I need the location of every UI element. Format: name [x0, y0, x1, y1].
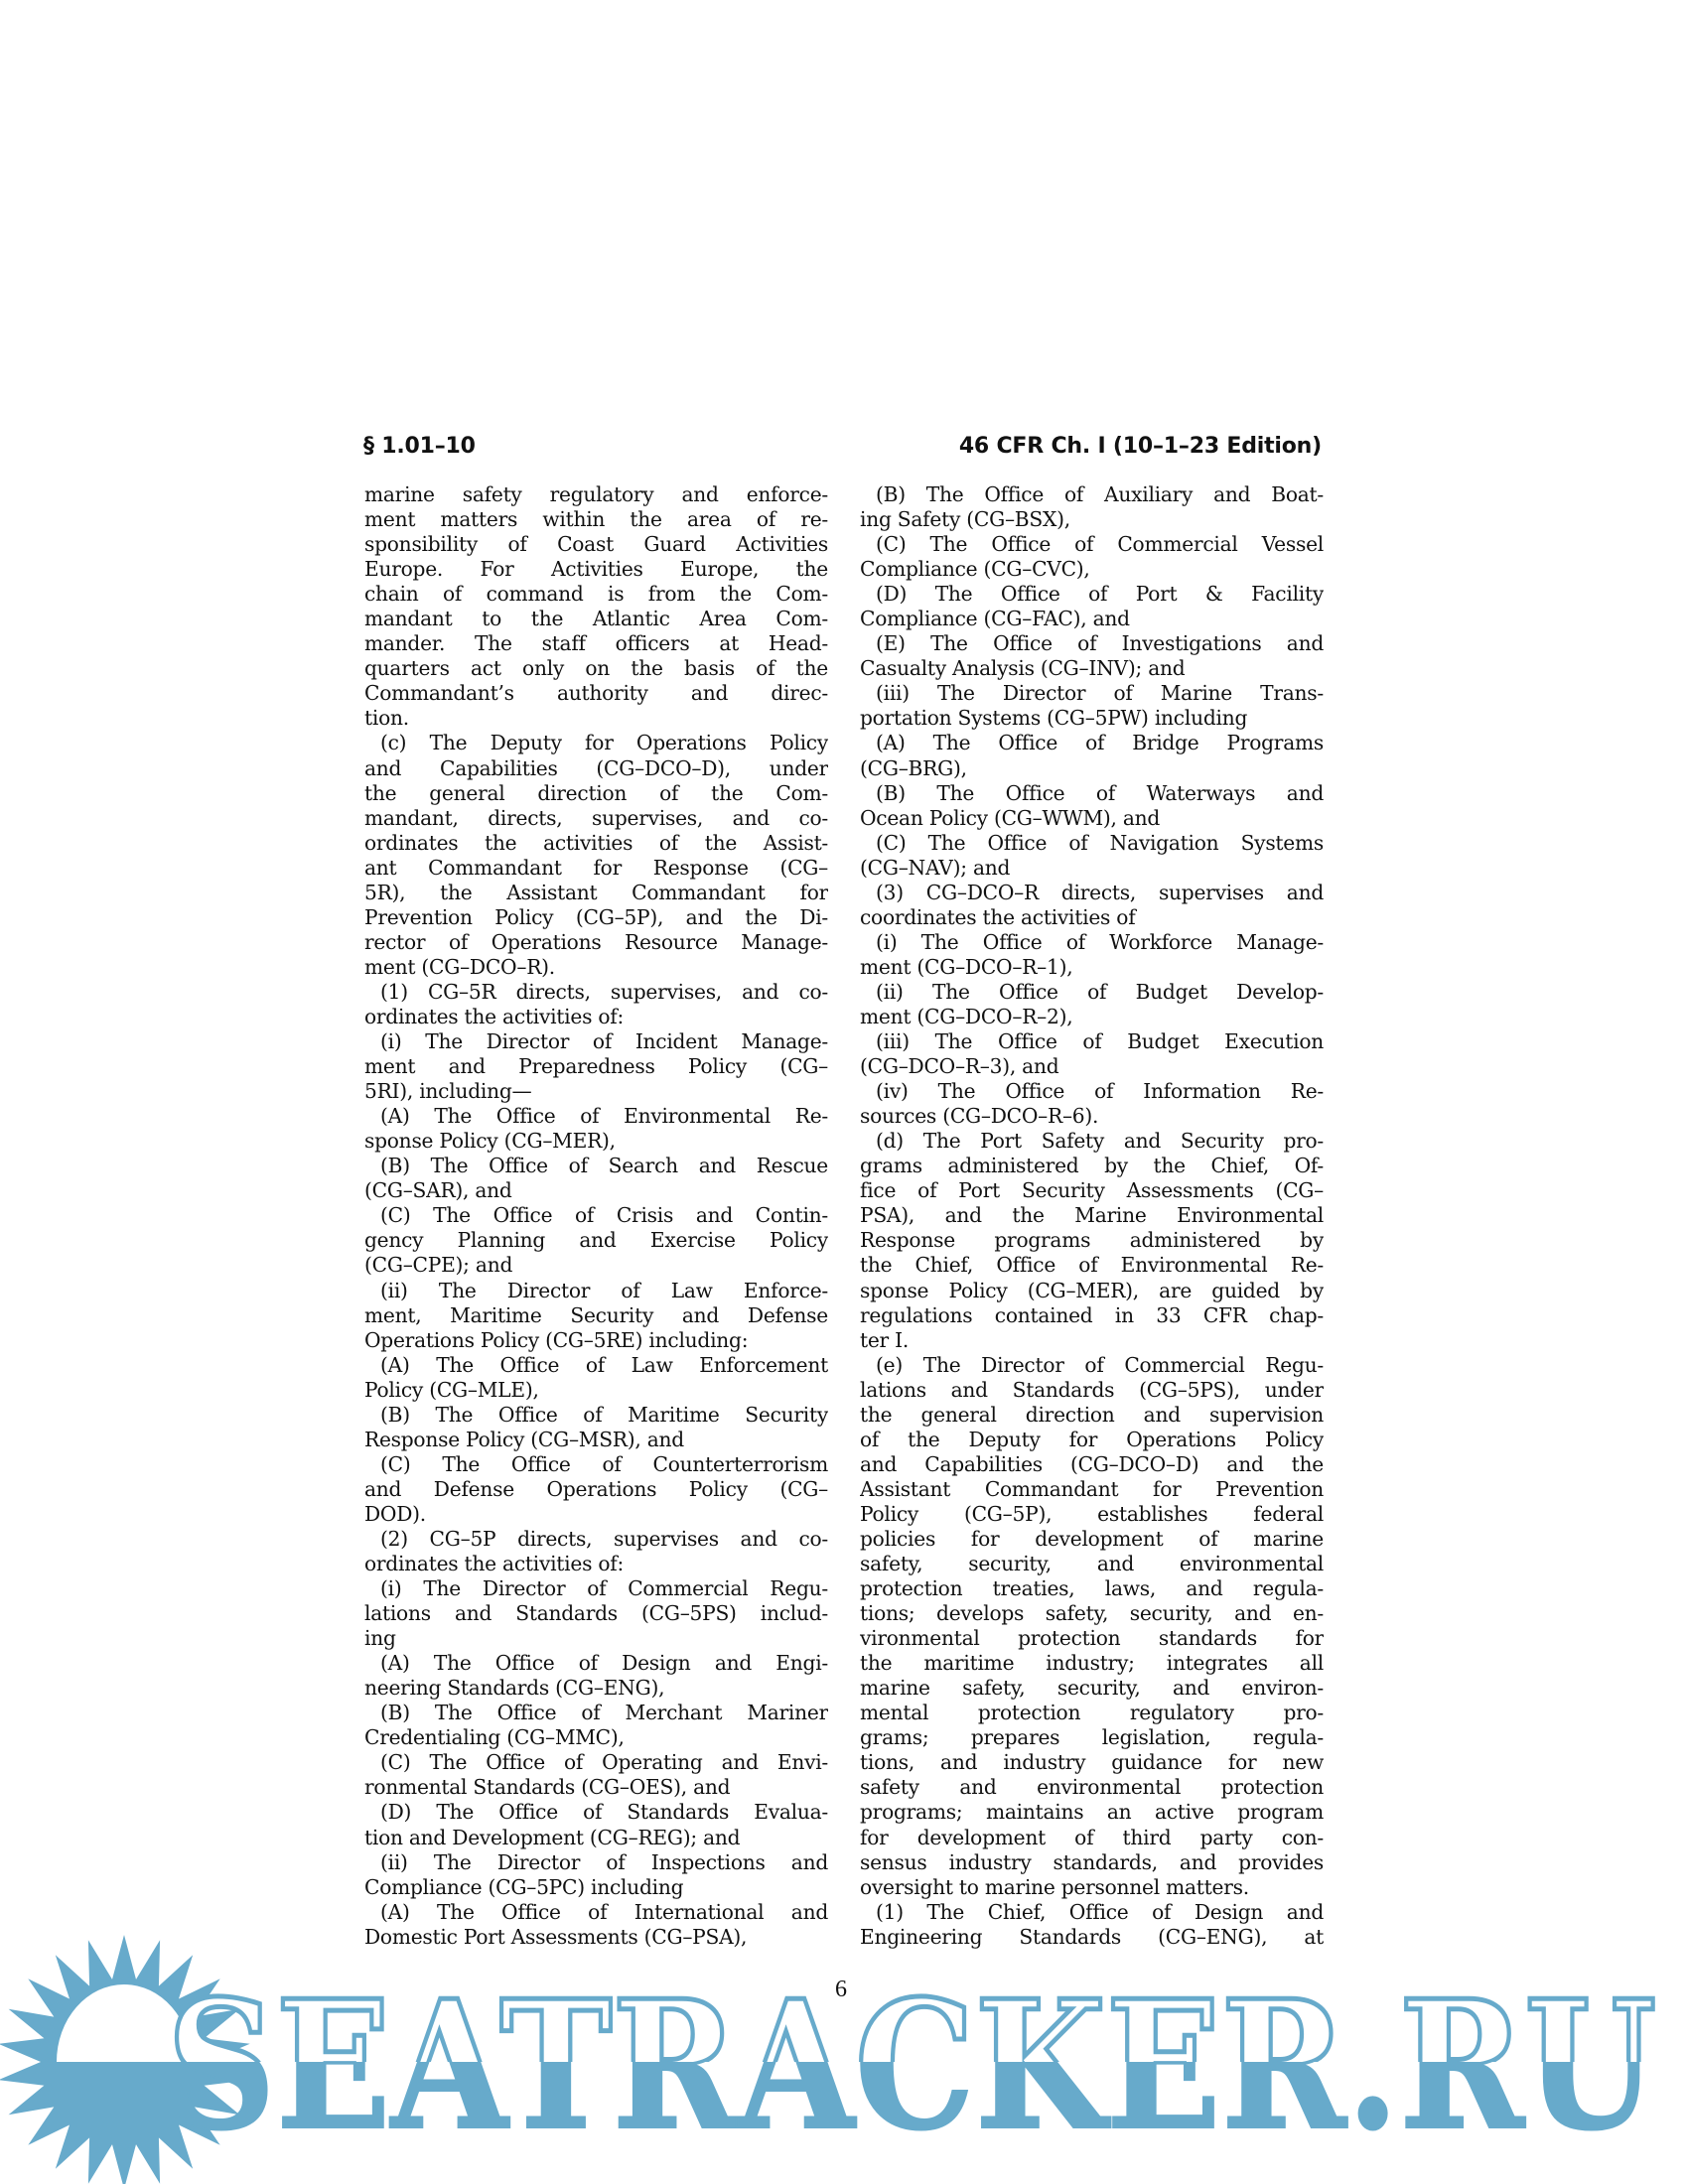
text-line: (A) The Office of Design and Engi- — [364, 1651, 828, 1676]
text-line: fice of Port Security Assessments (CG– — [860, 1178, 1324, 1203]
section-number: § 1.01–10 — [363, 434, 476, 459]
text-line: sensus industry standards, and provides — [860, 1850, 1324, 1875]
text-line: (d) The Port Safety and Security pro- — [860, 1129, 1324, 1154]
text-line: (1) CG–5R directs, supervises, and co- — [364, 980, 828, 1005]
text-line: Operations Policy (CG–5RE) including: — [364, 1328, 828, 1353]
page-number: 6 — [835, 1977, 847, 2003]
text-line: safety, security, and environmental — [860, 1552, 1324, 1576]
text-line: (C) The Office of Operating and Envi- — [364, 1750, 828, 1775]
left-text-column: marine safety regulatory and enforce-men… — [364, 482, 828, 1950]
text-line: ter I. — [860, 1328, 1324, 1353]
text-line: DOD). — [364, 1502, 828, 1527]
text-line: mandant to the Atlantic Area Com- — [364, 607, 828, 631]
text-line: Policy (CG–MLE), — [364, 1378, 828, 1403]
text-line: ment, Maritime Security and Defense — [364, 1303, 828, 1328]
text-line: sponse Policy (CG–MER), — [364, 1129, 828, 1154]
text-line: Europe. For Activities Europe, the — [364, 557, 828, 582]
text-line: Assistant Commandant for Prevention — [860, 1477, 1324, 1502]
text-line: Prevention Policy (CG–5P), and the Di- — [364, 905, 828, 930]
text-line: (D) The Office of Standards Evalua- — [364, 1800, 828, 1825]
text-line: (c) The Deputy for Operations Policy — [364, 731, 828, 755]
text-line: (B) The Office of Merchant Mariner — [364, 1701, 828, 1725]
text-line: (i) The Office of Workforce Manage- — [860, 930, 1324, 955]
text-line: ment (CG–DCO–R). — [364, 955, 828, 980]
text-line: lations and Standards (CG–5PS), under — [860, 1378, 1324, 1403]
text-line: (B) The Office of Maritime Security — [364, 1403, 828, 1428]
text-line: Casualty Analysis (CG–INV); and — [860, 656, 1324, 681]
text-line: (iii) The Director of Marine Trans- — [860, 681, 1324, 706]
text-line: sources (CG–DCO–R–6). — [860, 1104, 1324, 1129]
text-line: ment (CG–DCO–R–1), — [860, 955, 1324, 980]
text-line: rector of Operations Resource Manage- — [364, 930, 828, 955]
text-line: (CG–NAV); and — [860, 856, 1324, 881]
text-line: Response Policy (CG–MSR), and — [364, 1428, 828, 1452]
text-line: 5R), the Assistant Commandant for — [364, 881, 828, 905]
text-line: Ocean Policy (CG–WWM), and — [860, 806, 1324, 831]
text-line: mander. The staff officers at Head- — [364, 631, 828, 656]
text-line: tion and Development (CG–REG); and — [364, 1826, 828, 1850]
text-line: programs; maintains an active program — [860, 1800, 1324, 1825]
text-line: portation Systems (CG–5PW) including — [860, 706, 1324, 731]
text-line: ordinates the activities of: — [364, 1005, 828, 1029]
text-line: 5RI), including— — [364, 1079, 828, 1104]
text-line: marine safety regulatory and enforce- — [364, 482, 828, 507]
text-line: (A) The Office of International and — [364, 1900, 828, 1925]
text-line: (C) The Office of Crisis and Contin- — [364, 1203, 828, 1228]
text-line: tions; develops safety, security, and en… — [860, 1601, 1324, 1626]
text-line: Compliance (CG–CVC), — [860, 557, 1324, 582]
text-line: of the Deputy for Operations Policy — [860, 1428, 1324, 1452]
text-line: (1) The Chief, Office of Design and — [860, 1900, 1324, 1925]
text-line: (B) The Office of Waterways and — [860, 781, 1324, 806]
text-line: (CG–SAR), and — [364, 1178, 828, 1203]
text-line: Policy (CG–5P), establishes federal — [860, 1502, 1324, 1527]
text-line: ing — [364, 1626, 828, 1651]
text-line: grams; prepares legislation, regula- — [860, 1725, 1324, 1750]
text-line: and Capabilities (CG–DCO–D) and the — [860, 1452, 1324, 1477]
text-line: gency Planning and Exercise Policy — [364, 1228, 828, 1253]
text-line: ment (CG–DCO–R–2), — [860, 1005, 1324, 1029]
text-line: Compliance (CG–5PC) including — [364, 1875, 828, 1900]
sun-over-sea-icon — [0, 1935, 250, 2184]
text-line: for development of third party con- — [860, 1826, 1324, 1850]
text-line: quarters act only on the basis of the — [364, 656, 828, 681]
text-line: (i) The Director of Incident Manage- — [364, 1029, 828, 1054]
text-line: (D) The Office of Port & Facility — [860, 582, 1324, 607]
running-title: 46 CFR Ch. I (10–1–23 Edition) — [959, 434, 1322, 459]
text-line: (A) The Office of Environmental Re- — [364, 1104, 828, 1129]
text-line: (e) The Director of Commercial Regu- — [860, 1353, 1324, 1378]
text-line: (B) The Office of Auxiliary and Boat- — [860, 482, 1324, 507]
text-line: the general direction and supervision — [860, 1403, 1324, 1428]
text-line: the maritime industry; integrates all — [860, 1651, 1324, 1676]
text-line: safety and environmental protection — [860, 1775, 1324, 1800]
text-line: chain of command is from the Com- — [364, 582, 828, 607]
text-line: (A) The Office of Bridge Programs — [860, 731, 1324, 755]
text-line: Response programs administered by — [860, 1228, 1324, 1253]
text-line: Domestic Port Assessments (CG–PSA), — [364, 1925, 828, 1950]
text-line: (ii) The Director of Inspections and — [364, 1850, 828, 1875]
text-line: (E) The Office of Investigations and — [860, 631, 1324, 656]
text-line: (ii) The Office of Budget Develop- — [860, 980, 1324, 1005]
text-line: (iv) The Office of Information Re- — [860, 1079, 1324, 1104]
text-line: Compliance (CG–FAC), and — [860, 607, 1324, 631]
text-line: and Defense Operations Policy (CG– — [364, 1477, 828, 1502]
text-line: (C) The Office of Counterterrorism — [364, 1452, 828, 1477]
watermark-logo: SEATRACKER.RUSEATRACKER.RU — [0, 1926, 1688, 2184]
text-line: (C) The Office of Commercial Vessel — [860, 532, 1324, 557]
text-line: (CG–BRG), — [860, 756, 1324, 781]
text-line: (CG–CPE); and — [364, 1253, 828, 1278]
text-line: Credentialing (CG–MMC), — [364, 1725, 828, 1750]
text-line: tions, and industry guidance for new — [860, 1750, 1324, 1775]
text-line: coordinates the activities of — [860, 905, 1324, 930]
watermark-text: SEATRACKER.RUSEATRACKER.RU — [167, 1962, 1656, 2169]
text-line: ment and Preparedness Policy (CG– — [364, 1054, 828, 1079]
text-line: PSA), and the Marine Environmental — [860, 1203, 1324, 1228]
text-line: regulations contained in 33 CFR chap- — [860, 1303, 1324, 1328]
text-line: oversight to marine personnel matters. — [860, 1875, 1324, 1900]
text-line: (2) CG–5P directs, supervises and co- — [364, 1527, 828, 1552]
text-line: lations and Standards (CG–5PS) includ- — [364, 1601, 828, 1626]
text-line: mental protection regulatory pro- — [860, 1701, 1324, 1725]
text-line: ordinates the activities of the Assist- — [364, 831, 828, 856]
text-line: and Capabilities (CG–DCO–D), under — [364, 756, 828, 781]
text-line: ronmental Standards (CG–OES), and — [364, 1775, 828, 1800]
text-line: vironmental protection standards for — [860, 1626, 1324, 1651]
text-line: tion. — [364, 706, 828, 731]
text-line: (CG–DCO–R–3), and — [860, 1054, 1324, 1079]
text-line: marine safety, security, and environ- — [860, 1676, 1324, 1701]
text-line: sponsibility of Coast Guard Activities — [364, 532, 828, 557]
svg-text:SEATRACKER.RU: SEATRACKER.RU — [167, 1962, 1656, 2169]
right-text-column: (B) The Office of Auxiliary and Boat-ing… — [860, 482, 1324, 1950]
text-line: Commandant’s authority and direc- — [364, 681, 828, 706]
text-line: ant Commandant for Response (CG– — [364, 856, 828, 881]
text-line: sponse Policy (CG–MER), are guided by — [860, 1279, 1324, 1303]
text-line: Engineering Standards (CG–ENG), at — [860, 1925, 1324, 1950]
text-line: (A) The Office of Law Enforcement — [364, 1353, 828, 1378]
text-line: (B) The Office of Search and Rescue — [364, 1154, 828, 1178]
text-line: mandant, directs, supervises, and co- — [364, 806, 828, 831]
svg-text:SEATRACKER.RU: SEATRACKER.RU — [167, 1962, 1656, 2169]
text-line: (ii) The Director of Law Enforce- — [364, 1279, 828, 1303]
text-line: (i) The Director of Commercial Regu- — [364, 1576, 828, 1601]
text-line: neering Standards (CG–ENG), — [364, 1676, 828, 1701]
text-line: the general direction of the Com- — [364, 781, 828, 806]
text-line: grams administered by the Chief, Of- — [860, 1154, 1324, 1178]
text-line: (C) The Office of Navigation Systems — [860, 831, 1324, 856]
text-line: ment matters within the area of re- — [364, 507, 828, 532]
text-line: protection treaties, laws, and regula- — [860, 1576, 1324, 1601]
text-line: ordinates the activities of: — [364, 1552, 828, 1576]
text-line: ing Safety (CG–BSX), — [860, 507, 1324, 532]
text-line: (3) CG–DCO–R directs, supervises and — [860, 881, 1324, 905]
text-line: (iii) The Office of Budget Execution — [860, 1029, 1324, 1054]
text-line: the Chief, Office of Environmental Re- — [860, 1253, 1324, 1278]
text-line: policies for development of marine — [860, 1527, 1324, 1552]
